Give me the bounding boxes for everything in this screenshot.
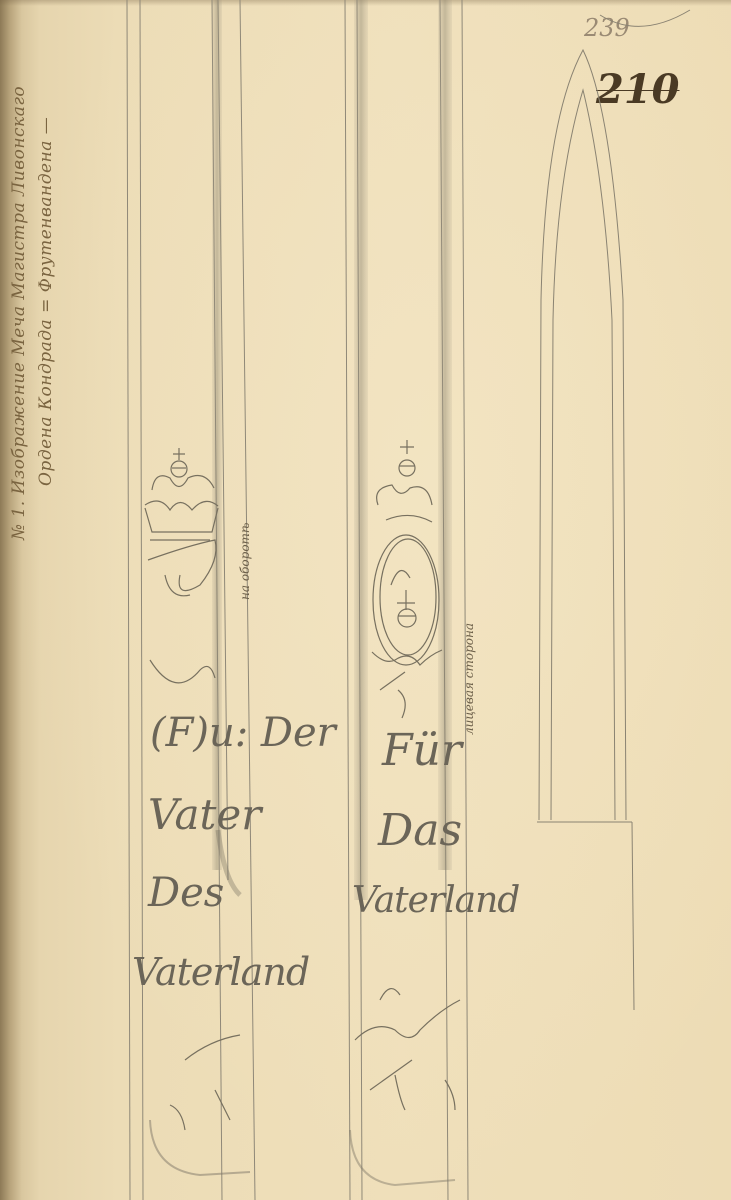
left-inscription-line-1: (F)u: Der — [150, 710, 336, 756]
left-inscription-line-3: Des — [148, 870, 224, 916]
left-emblem-icon — [145, 448, 218, 683]
document-page: № 1. Изображение Меча Магистра Ливонскаг… — [0, 0, 731, 1200]
left-inscription-line-4: Vaterland — [132, 950, 309, 994]
left-blade-note: на оборотѣ — [238, 522, 252, 600]
right-blade — [537, 10, 690, 1010]
middle-emblem-icon — [372, 440, 442, 718]
middle-blade-note: лицевая сторона — [462, 623, 476, 735]
middle-inscription-line-2: Das — [378, 805, 462, 856]
flourish-icon — [170, 989, 460, 1130]
left-blade — [127, 0, 255, 1200]
middle-inscription-line-3: Vaterland — [352, 880, 519, 921]
middle-inscription-line-1: Für — [382, 725, 462, 776]
blade-drawing — [0, 0, 731, 1200]
left-inscription-line-2: Vater — [148, 790, 261, 839]
